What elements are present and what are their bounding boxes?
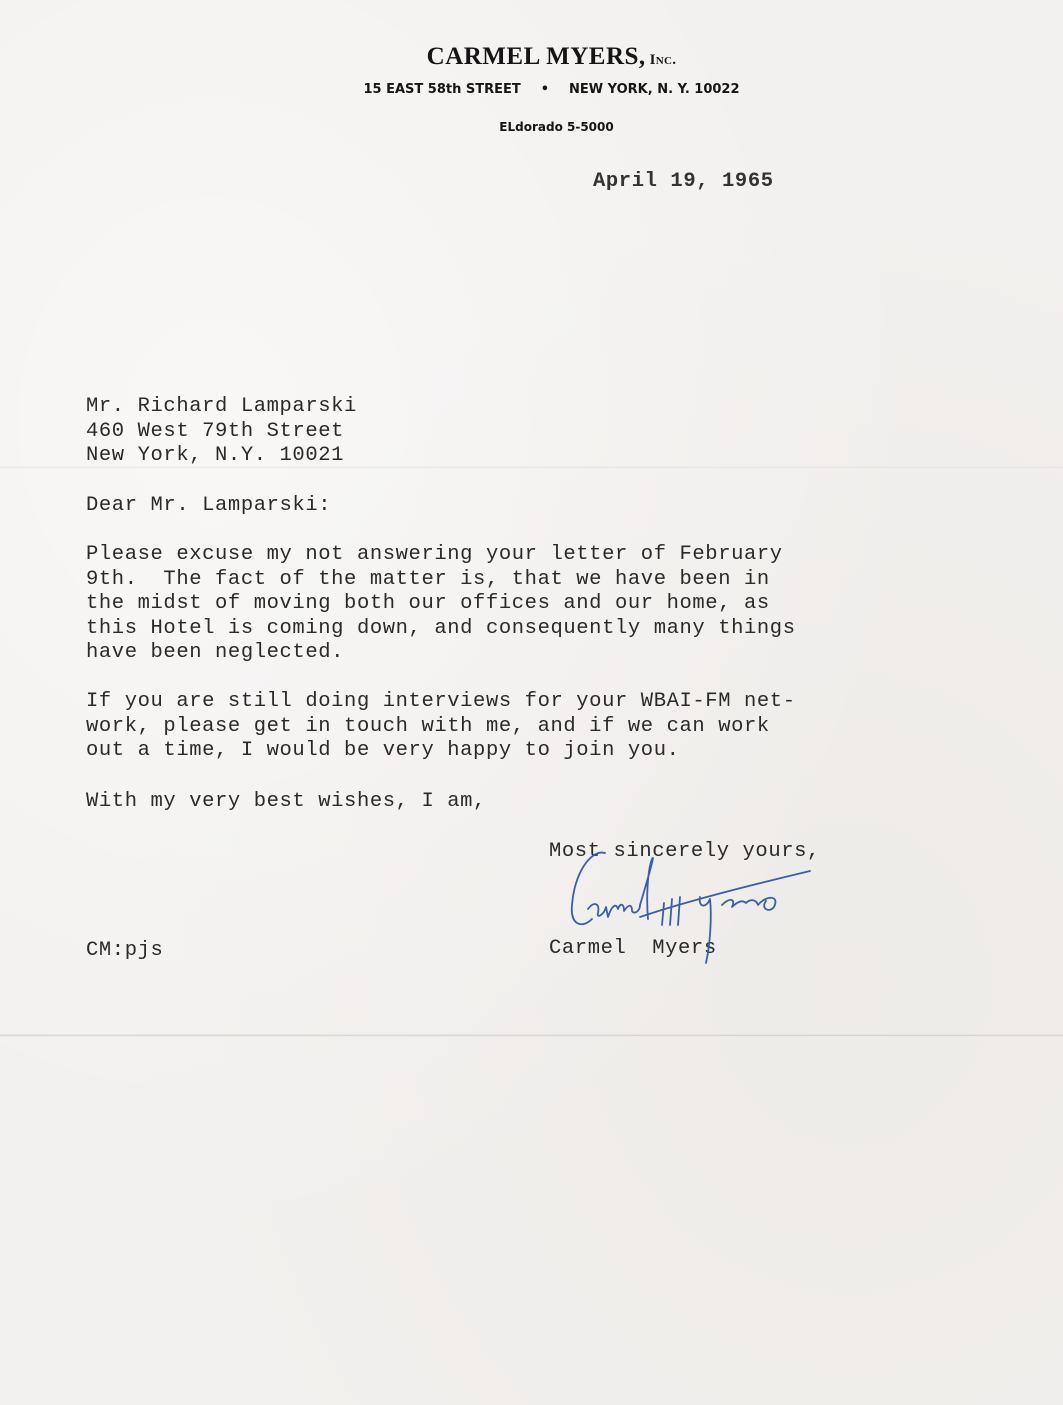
body-line: out a time, I would be very happy to joi… [86, 739, 796, 764]
letterhead-city: NEW YORK, N. Y. 10022 [569, 82, 739, 97]
company-suffix: Inc. [650, 52, 677, 68]
body-line: work, please get in touch with me, and i… [86, 715, 796, 740]
letterhead-phone: ELdorado 5-5000 [0, 120, 1063, 134]
body-line: this Hotel is coming down, and consequen… [86, 617, 796, 642]
body-line: have been neglected. [86, 641, 796, 666]
paper-fold-lower [0, 1034, 1063, 1037]
reference-initials: CM:pjs [86, 939, 163, 964]
body-paragraph-2: If you are still doing interviews for yo… [86, 690, 796, 764]
closing-line: With my very best wishes, I am, [86, 790, 486, 815]
recipient-line: New York, N.Y. 10021 [86, 444, 357, 469]
letterhead-address: 15 EAST 58th STREET•NEW YORK, N. Y. 1002… [0, 82, 1063, 97]
body-line: 9th. The fact of the matter is, that we … [86, 568, 796, 593]
body-line: the midst of moving both our offices and… [86, 592, 796, 617]
body-line: If you are still doing interviews for yo… [86, 690, 796, 715]
recipient-line: Mr. Richard Lamparski [86, 395, 357, 420]
recipient-line: 460 West 79th Street [86, 420, 357, 445]
recipient-address: Mr. Richard Lamparski460 West 79th Stree… [86, 395, 357, 469]
handwritten-signature-icon [560, 845, 840, 985]
body-paragraph-1: Please excuse my not answering your lett… [86, 543, 796, 666]
company-name: CARMEL MYERS, [427, 43, 646, 70]
body-line: Please excuse my not answering your lett… [86, 543, 796, 568]
salutation: Dear Mr. Lamparski: [86, 494, 331, 519]
letterhead-street: 15 EAST 58th STREET [363, 82, 520, 97]
letterhead-company: CARMEL MYERS,Inc. [0, 43, 1063, 71]
letter-date: April 19, 1965 [593, 170, 774, 195]
bullet-separator-icon: • [541, 82, 549, 97]
